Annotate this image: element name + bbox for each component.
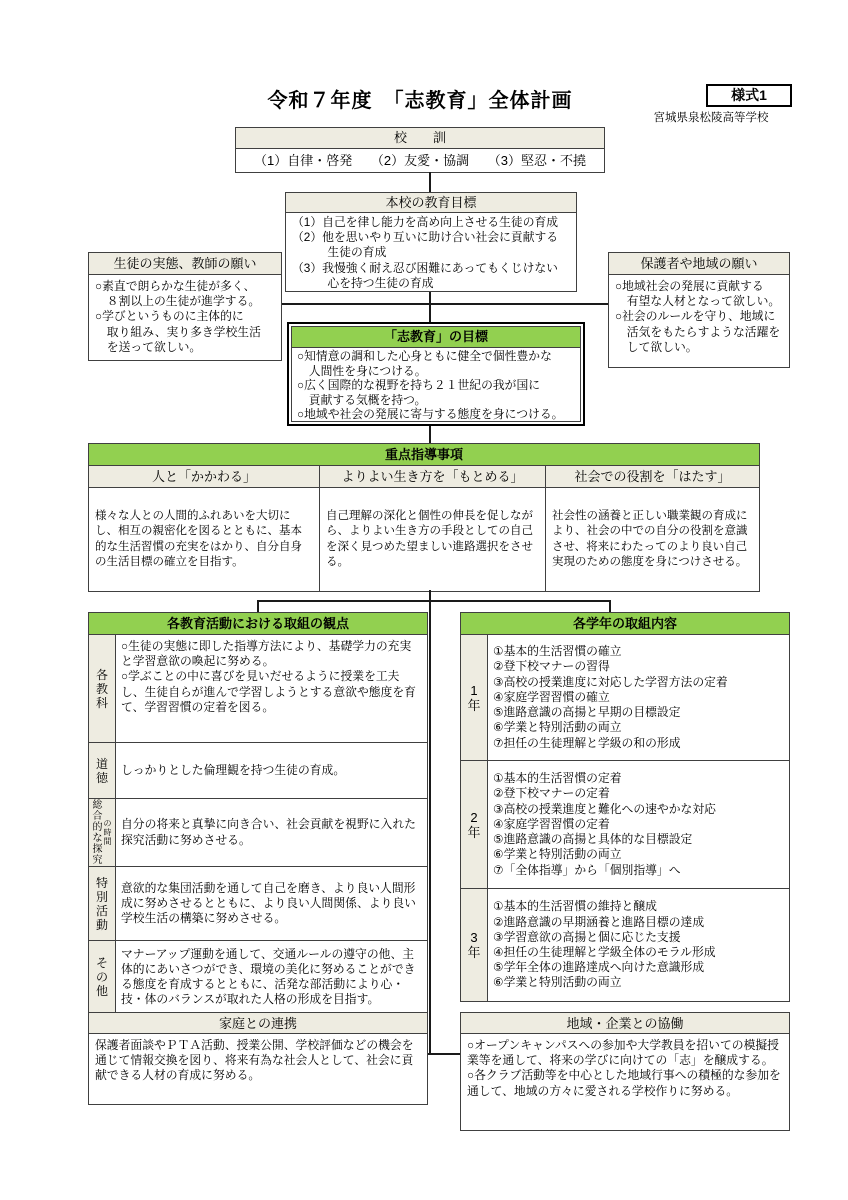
activities-row-morals: 道 徳 しっかりとした倫理観を持つ生徒の育成。 (89, 743, 427, 799)
family-cooperation-body: 保護者面談やＰＴＡ活動、授業公開、学校評価などの機会を通じて情報交換を図り、将来… (89, 1034, 427, 1088)
activities-row-special: 特 別 活 動 意欲的な集団活動を通して自己を磨き、より良い人間形成に努めさせる… (89, 867, 427, 941)
connector-line (257, 600, 259, 612)
activities-row-other-label: そ の 他 (89, 941, 116, 1013)
family-cooperation-header: 家庭との連携 (88, 1012, 428, 1034)
connector-line (609, 600, 611, 612)
priority-col2-body: 自己理解の深化と個性の伸長を促しながら、よりよい生き方の手段としての自己を深く見… (320, 488, 546, 591)
priority-col1-title: 人と「かかわる」 (89, 466, 320, 488)
priority-col3-title: 社会での役割を「はたす」 (546, 466, 759, 488)
connector-line (429, 172, 431, 192)
grades-row-year3-label: 3 年 (461, 889, 488, 1001)
priority-col1-body: 様々な人との人間的ふれあいを大切にし、相互の親密化を図るとともに、基本的な生活習… (89, 488, 320, 591)
priority-guidance-table: 重点指導事項 人と「かかわる」 よりよい生き方を「もとめる」 社会での役割を「は… (88, 443, 760, 592)
school-motto-items: （1）自律・啓発 （2）友愛・協調 （3）堅忍・不撓 (236, 149, 604, 173)
guardian-wish-body: ○地域社会の発展に貢献する 有望な人材となって欲しい。 ○社会のルールを守り、地… (609, 275, 789, 359)
activities-row-other-body: マナーアップ運動を通して、交通ルールの遵守の他、主体的にあいさつができ、環境の美… (116, 941, 427, 1013)
education-goals-box: 本校の教育目標 （1）自己を律し能力を高め向上させる生徒の育成 （2）他を思いや… (285, 192, 577, 292)
school-motto-header: 校 訓 (236, 128, 604, 149)
activities-table: 各教育活動における取組の観点 各 教 科 ○生徒の実態に即した指導方法により、基… (88, 612, 428, 1014)
connector-line (257, 600, 611, 602)
community-collaboration-body: ○オープンキャンパスへの参加や大学教員を招いての模擬授業等を通して、将来の学びに… (461, 1034, 789, 1103)
student-reality-body-box: ○素直で朗らかな生徒が多く、 ８割以上の生徒が進学する。 ○学びというものに主体… (88, 274, 282, 361)
grades-row-year1-label: 1 年 (461, 635, 488, 760)
priority-column-titles: 人と「かかわる」 よりよい生き方を「もとめる」 社会での役割を「はたす」 (89, 466, 759, 488)
activities-row-subjects-body: ○生徒の実態に即した指導方法により、基礎学力の充実と学習意欲の喚起に努める。 ○… (116, 635, 427, 742)
document-page: 令和７年度 「志教育」全体計画 様式1 宮城県泉松陵高等学校 校 訓 （1）自律… (0, 0, 848, 1200)
grades-row-year1: 1 年 ①基本的生活習慣の確立 ②登下校マナーの習得 ③高校の授業進度に対応した… (461, 635, 789, 761)
motto-item-3: （3）堅忍・不撓 (488, 149, 586, 173)
activities-row-inquiry: 総 合 的 な 探 究 の 時 間 自分の将来と真摯に向き合い、社会貢献を視野に… (89, 799, 427, 867)
grades-row-year3: 3 年 ①基本的生活習慣の維持と醸成 ②進路意識の早期涵養と進路目標の達成 ③学… (461, 889, 789, 1001)
inquiry-label-main: 総 合 的 な 探 究 (93, 800, 103, 866)
education-goals-body: （1）自己を律し能力を高め向上させる生徒の育成 （2）他を思いやり互いに助け合い… (286, 213, 576, 293)
activities-row-morals-label: 道 徳 (89, 743, 116, 798)
priority-col2-title: よりよい生き方を「もとめる」 (320, 466, 546, 488)
kokorozashi-goal-box: 「志教育」の目標 ○知情意の調和した心身ともに健全で個性豊かな 人間性を身につけ… (287, 322, 585, 426)
connector-line (429, 600, 431, 1055)
activities-row-subjects-label: 各 教 科 (89, 635, 116, 742)
activities-row-special-body: 意欲的な集団活動を通して自己を磨き、より良い人間形成に努めさせるとともに、より良… (116, 867, 427, 940)
activities-row-inquiry-label: 総 合 的 な 探 究 の 時 間 (89, 799, 116, 866)
grades-row-year2-body: ①基本的生活習慣の定着 ②登下校マナーの定着 ③高校の授業進度と難化への速やかな… (488, 761, 789, 888)
grades-row-year2-label: 2 年 (461, 761, 488, 888)
activities-row-other: そ の 他 マナーアップ運動を通して、交通ルールの遵守の他、主体的にあいさつがで… (89, 941, 427, 1013)
education-goals-header: 本校の教育目標 (286, 193, 576, 213)
grades-row-year3-body: ①基本的生活習慣の維持と醸成 ②進路意識の早期涵養と進路目標の達成 ③学習意欲の… (488, 889, 789, 1001)
connector-line (429, 292, 431, 322)
connector-line (282, 303, 429, 305)
student-reality-header: 生徒の実態、教師の願い (88, 252, 282, 275)
inquiry-label-sub: の 時 間 (104, 819, 112, 846)
activities-row-morals-body: しっかりとした倫理観を持つ生徒の育成。 (116, 743, 427, 798)
priority-col3-body: 社会性の涵養と正しい職業観の育成により、社会の中での自分の役割を意識させ、将来に… (546, 488, 759, 591)
grades-header: 各学年の取組内容 (461, 613, 789, 635)
priority-guidance-header: 重点指導事項 (89, 444, 759, 466)
kokorozashi-goal-body: ○知情意の調和した心身ともに健全で個性豊かな 人間性を身につける。 ○広く国際的… (292, 348, 580, 423)
activities-header: 各教育活動における取組の観点 (89, 613, 427, 635)
kokorozashi-goal-header: 「志教育」の目標 (292, 327, 580, 348)
guardian-wish-body-box: ○地域社会の発展に貢献する 有望な人材となって欲しい。 ○社会のルールを守り、地… (608, 274, 790, 368)
kokorozashi-goal-inner: 「志教育」の目標 ○知情意の調和した心身ともに健全で個性豊かな 人間性を身につけ… (291, 326, 581, 422)
grades-row-year1-body: ①基本的生活習慣の確立 ②登下校マナーの習得 ③高校の授業進度に対応した学習方法… (488, 635, 789, 760)
grades-row-year2: 2 年 ①基本的生活習慣の定着 ②登下校マナーの定着 ③高校の授業進度と難化への… (461, 761, 789, 889)
activities-row-subjects: 各 教 科 ○生徒の実態に即した指導方法により、基礎学力の充実と学習意欲の喚起に… (89, 635, 427, 743)
activities-row-special-label: 特 別 活 動 (89, 867, 116, 940)
activities-row-inquiry-body: 自分の将来と真摯に向き合い、社会貢献を視野に入れた探究活動に努めさせる。 (116, 799, 427, 866)
community-collaboration-header: 地域・企業との協働 (460, 1012, 790, 1034)
school-motto-box: 校 訓 （1）自律・啓発 （2）友愛・協調 （3）堅忍・不撓 (235, 127, 605, 173)
community-collaboration-body-box: ○オープンキャンパスへの参加や大学教員を招いての模擬授業等を通して、将来の学びに… (460, 1033, 790, 1131)
student-reality-body: ○素直で朗らかな生徒が多く、 ８割以上の生徒が進学する。 ○学びというものに主体… (89, 275, 281, 359)
motto-item-2: （2）友愛・協調 (371, 149, 469, 173)
motto-item-1: （1）自律・啓発 (254, 149, 352, 173)
inquiry-label-wrap: 総 合 的 な 探 究 の 時 間 (93, 800, 112, 866)
connector-line (428, 1053, 460, 1055)
grades-table: 各学年の取組内容 1 年 ①基本的生活習慣の確立 ②登下校マナーの習得 ③高校の… (460, 612, 790, 1002)
connector-line (429, 426, 431, 443)
form-number-box: 様式1 (706, 84, 792, 107)
school-name: 宮城県泉松陵高等学校 (628, 109, 794, 125)
connector-line (431, 303, 608, 305)
priority-column-bodies: 様々な人との人間的ふれあいを大切にし、相互の親密化を図るとともに、基本的な生活習… (89, 488, 759, 591)
page-title: 令和７年度 「志教育」全体計画 (150, 84, 690, 113)
family-cooperation-body-box: 保護者面談やＰＴＡ活動、授業公開、学校評価などの機会を通じて情報交換を図り、将来… (88, 1033, 428, 1105)
guardian-wish-header: 保護者や地域の願い (608, 252, 790, 275)
